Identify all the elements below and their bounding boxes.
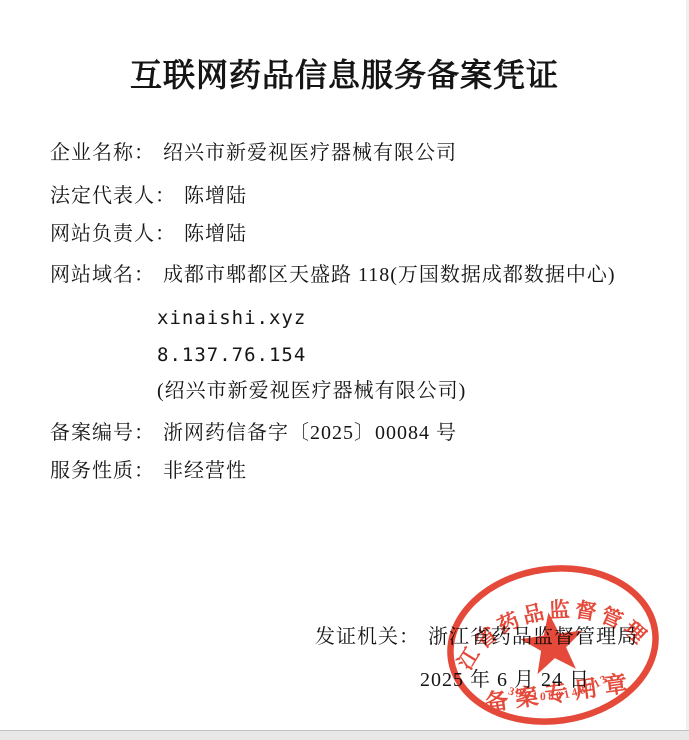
- field-label: 网站负责人：: [50, 223, 176, 245]
- field-row-site-manager: 网站负责人：陈增陆: [50, 221, 247, 247]
- field-label: 服务性质：: [50, 460, 155, 482]
- field-label: 网站域名：: [50, 264, 155, 286]
- issuer-label: 发证机关：: [315, 626, 420, 648]
- field-row-filing-number: 备案编号：浙网药信备字〔2025〕00084 号: [50, 420, 457, 446]
- field-row-service-nature: 服务性质：非经营性: [50, 458, 247, 484]
- field-label: 备案编号：: [50, 422, 155, 444]
- field-value: 成都市郫都区天盛路 118(万国数据成都数据中心): [163, 264, 616, 286]
- bottom-edge-bar: [0, 730, 689, 740]
- official-seal: 浙江省药品监督管理局 备案专用章 3301080148713: [436, 558, 670, 733]
- field-value: 陈增陆: [184, 223, 247, 245]
- field-row-legal-rep: 法定代表人：陈增陆: [50, 183, 247, 209]
- domain-extra-line: (绍兴市新爱视医疗器械有限公司): [157, 378, 466, 404]
- domain-extra-line: xinaishi.xyz: [157, 305, 306, 331]
- certificate-page: 互联网药品信息服务备案凭证 企业名称：绍兴市新爱视医疗器械有限公司 法定代表人：…: [0, 0, 689, 740]
- field-value: 绍兴市新爱视医疗器械有限公司: [163, 142, 457, 164]
- domain-extra-line: 8.137.76.154: [157, 342, 306, 368]
- field-value: 非经营性: [163, 460, 247, 482]
- field-label: 法定代表人：: [50, 185, 176, 207]
- field-value: 陈增陆: [184, 185, 247, 207]
- field-row-domain: 网站域名：成都市郫都区天盛路 118(万国数据成都数据中心): [50, 262, 616, 288]
- field-row-company: 企业名称：绍兴市新爱视医疗器械有限公司: [50, 140, 457, 166]
- field-label: 企业名称：: [50, 142, 155, 164]
- certificate-title: 互联网药品信息服务备案凭证: [0, 50, 689, 96]
- field-value: 浙网药信备字〔2025〕00084 号: [163, 422, 457, 444]
